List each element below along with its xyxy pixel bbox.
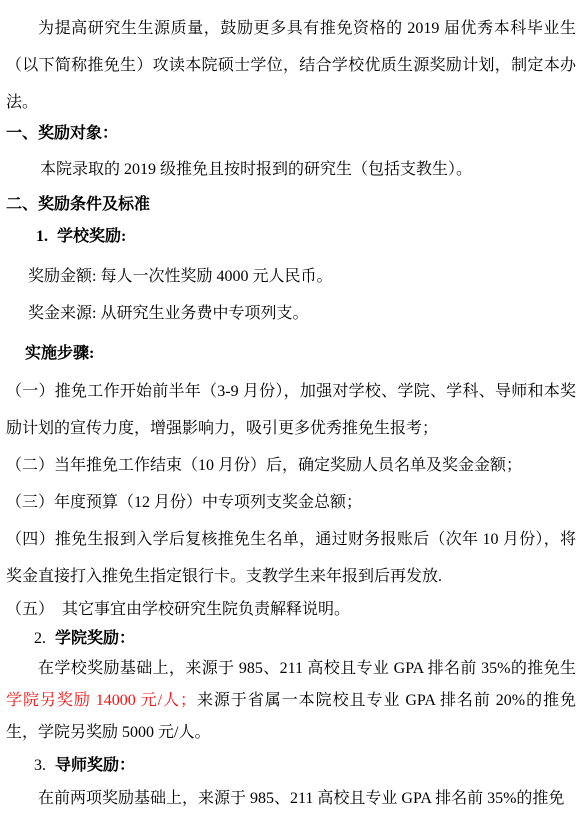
section2-heading: 二、奖励条件及标准	[6, 192, 576, 218]
item1-title: 学校奖励:	[57, 228, 126, 245]
section2-number: 二、	[6, 196, 38, 213]
step-1: （一）推免工作开始前半年（3-9 月份），加强对学校、学院、学科、导师和本奖励计…	[6, 373, 576, 447]
item2-body-before: 在学校奖励基础上，来源于 985、211 高校且专业 GPA 排名前 35%的推…	[38, 660, 576, 677]
item2-highlight-red-text: 学院另奖励 14000 元/人；	[6, 692, 196, 709]
item3-body: 在前两项奖励基础上，来源于 985、211 高校且专业 GPA 排名前 35%的…	[6, 783, 576, 815]
document-page: 为提高研究生生源质量，鼓励更多具有推免资格的 2019 届优秀本科毕业生（以下简…	[0, 0, 582, 821]
step-5: （五） 其它事宜由学校研究生院负责解释说明。	[6, 595, 576, 625]
item3-heading: 3.导师奖励：	[6, 752, 576, 780]
item2-body: 在学校奖励基础上，来源于 985、211 高校且专业 GPA 排名前 35%的推…	[6, 653, 576, 749]
item3-title: 导师奖励：	[55, 757, 135, 774]
item1-number: 1.	[36, 228, 48, 245]
award-amount-line: 奖励金额: 每人一次性奖励 4000 元人民币。	[6, 258, 576, 295]
section2-title: 奖励条件及标准	[38, 196, 150, 213]
award-source-line: 奖金来源: 从研究生业务费中专项列支。	[6, 295, 576, 332]
intro-paragraph: 为提高研究生生源质量，鼓励更多具有推免资格的 2019 届优秀本科毕业生（以下简…	[6, 10, 576, 121]
item2-title: 学院奖励：	[55, 630, 135, 647]
steps-heading: 实施步骤:	[6, 340, 576, 368]
item3-number: 3.	[34, 757, 46, 774]
section1-body: 本院录取的 2019 级推免且按时报到的研究生（包括支教生）。	[6, 151, 576, 188]
section1-number: 一、	[6, 125, 38, 142]
step-3: （三）年度预算（12 月份）中专项列支奖金总额；	[6, 484, 576, 521]
item2-number: 2.	[34, 630, 46, 647]
step-4: （四）推免生报到入学后复核推免生名单，通过财务报账后（次年 10 月份），将奖金…	[6, 521, 576, 595]
item1-heading: 1.学校奖励:	[6, 223, 576, 251]
step-2: （二）当年推免工作结束（10 月份）后，确定奖励人员名单及奖金金额；	[6, 447, 576, 484]
item2-heading: 2.学院奖励：	[6, 625, 576, 653]
section1-title: 奖励对象：	[38, 125, 118, 142]
section1-heading: 一、奖励对象：	[6, 121, 576, 147]
